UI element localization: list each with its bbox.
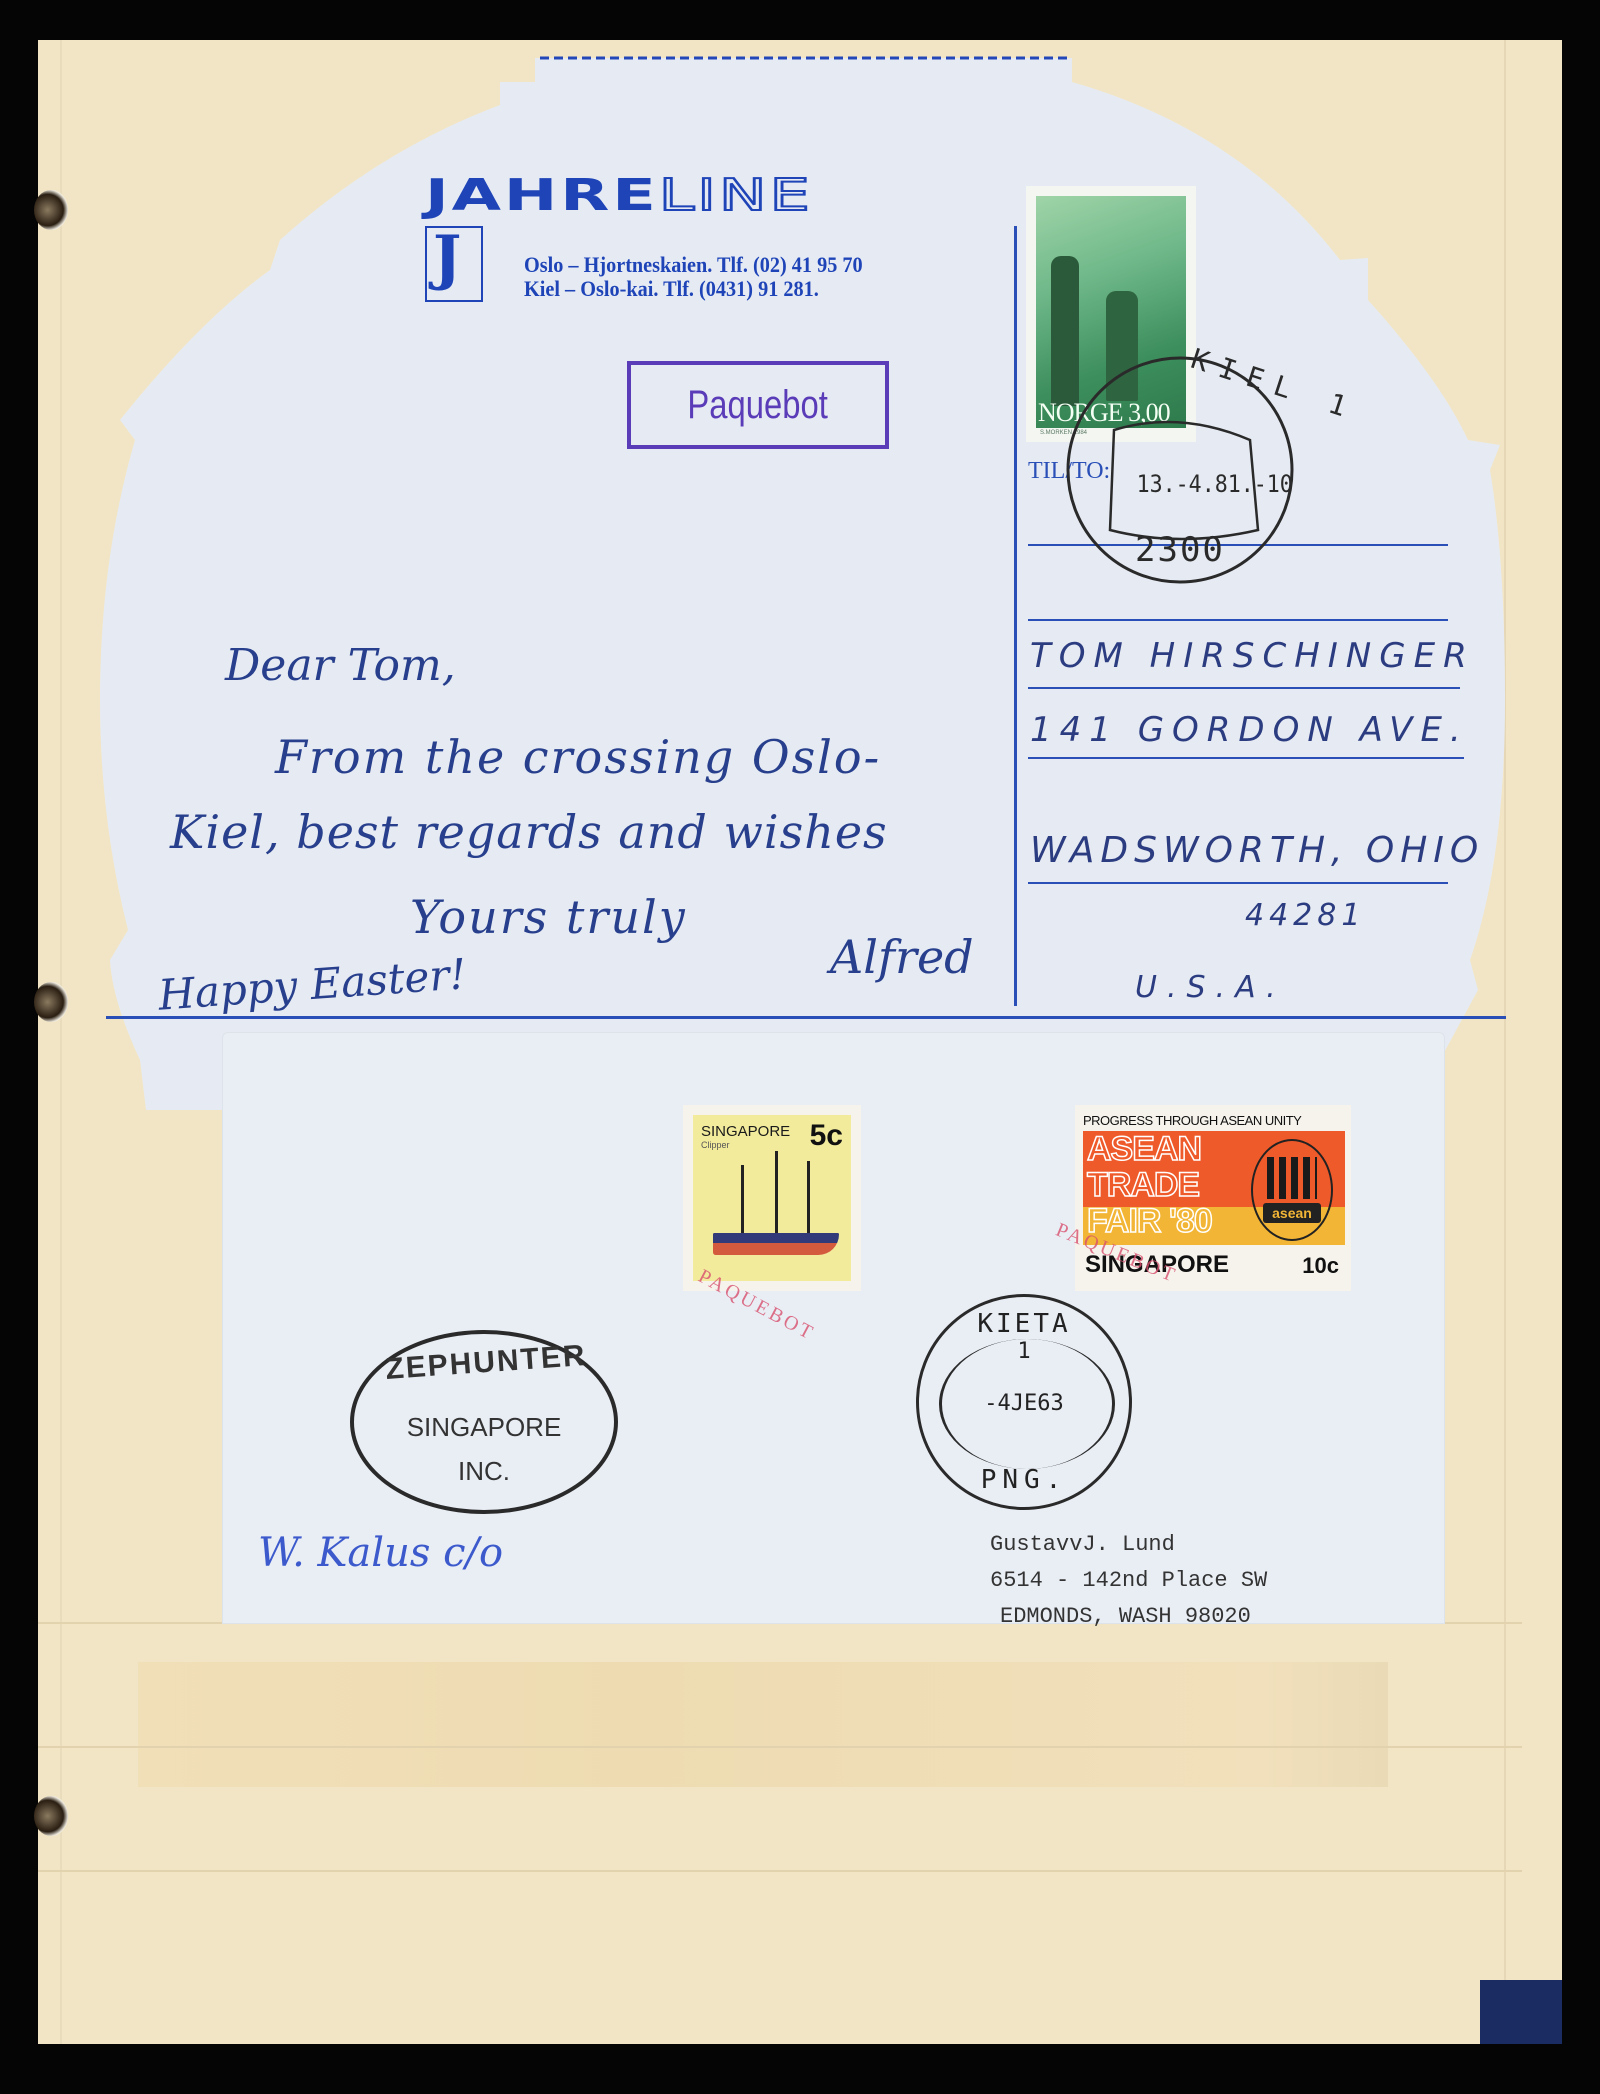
singapore-cover: SINGAPORE Clipper 5c PROGRESS THROUGH AS… <box>222 1032 1445 1624</box>
pocket-strip <box>138 1662 1388 1787</box>
pocket-strip <box>38 1746 1522 1748</box>
ship-hull <box>713 1233 839 1255</box>
stamp-subtitle: Clipper <box>701 1140 730 1150</box>
cachet-arc-text: ZEPHUNTER <box>375 1338 597 1387</box>
page-margin-line <box>1504 40 1506 2044</box>
zephunter-ship-cachet: ZEPHUNTER SINGAPORE INC. <box>350 1330 618 1514</box>
addressee-street: 6514 - 142nd Place SW <box>990 1568 1267 1593</box>
pocket-strip <box>38 1870 1522 1872</box>
postmark-date: -4JE63 <box>919 1391 1129 1416</box>
page-margin-line <box>60 40 62 2044</box>
asean-emblem-icon: asean <box>1251 1139 1333 1241</box>
stamp-value: 5c <box>810 1119 843 1153</box>
stamp-face: SINGAPORE Clipper 5c <box>693 1115 851 1281</box>
ship-mast <box>741 1165 744 1237</box>
stamp-headline: ASEAN TRADE FAIR '80 <box>1087 1131 1212 1239</box>
handwritten-signature: W. Kalus c/o <box>258 1530 503 1576</box>
postmark-number: 1 <box>919 1339 1129 1364</box>
postmark-country: PNG. <box>919 1465 1129 1495</box>
singapore-clipper-stamp: SINGAPORE Clipper 5c <box>683 1105 861 1291</box>
stamp-value: 10c <box>1302 1253 1339 1279</box>
ring-hole <box>34 1796 68 1836</box>
kieta-postmark: KIETA 1 -4JE63 PNG. <box>916 1294 1132 1510</box>
addressee-name: GustavvJ. Lund <box>990 1532 1175 1557</box>
ship-mast <box>775 1151 778 1237</box>
ring-hole <box>34 982 68 1022</box>
stamp-top-text: PROGRESS THROUGH ASEAN UNITY <box>1083 1113 1301 1128</box>
addressee-city: EDMONDS, WASH 98020 <box>1000 1604 1251 1629</box>
ring-hole <box>34 190 68 230</box>
cachet-bottom-text: INC. <box>354 1456 614 1487</box>
cachet-middle-text: SINGAPORE <box>354 1412 614 1443</box>
album-binding <box>1480 1980 1562 2044</box>
ship-mast <box>807 1161 810 1237</box>
postmark-town: KIETA <box>919 1309 1129 1339</box>
stamp-country: SINGAPORE <box>701 1123 790 1140</box>
